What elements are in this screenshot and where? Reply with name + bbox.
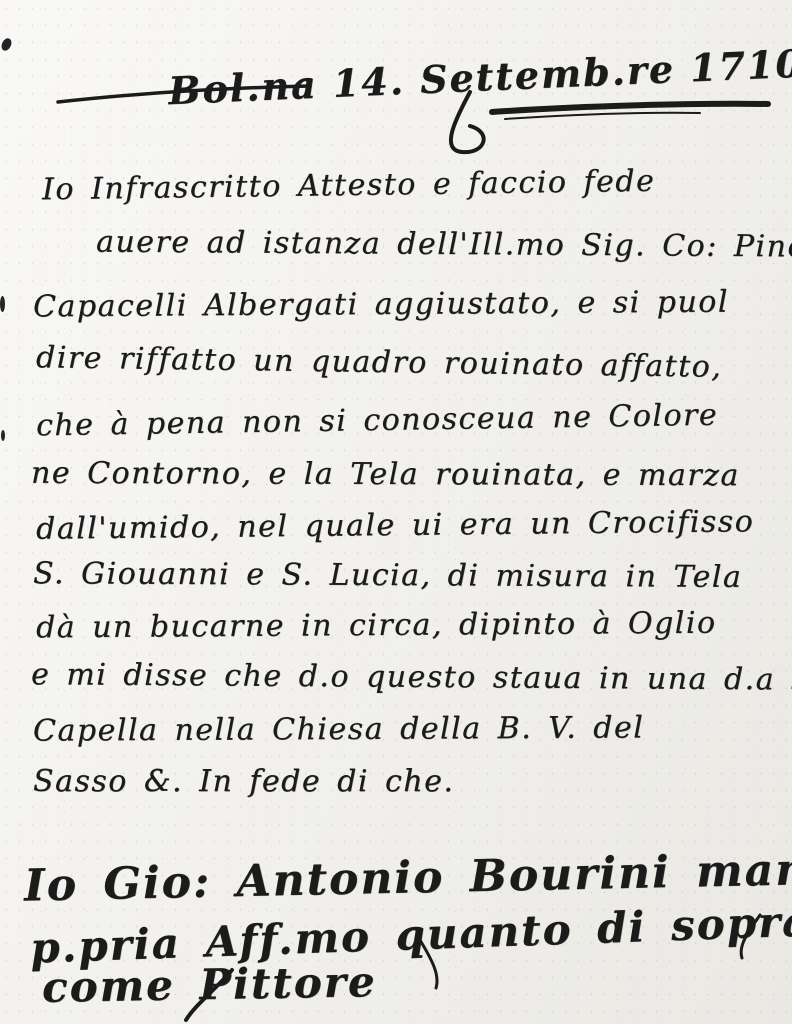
scan-speck bbox=[0, 296, 5, 312]
manuscript-line: dire riffatto un quadro rouinato affatto… bbox=[36, 340, 723, 385]
manuscript-line: Capacelli Albergati aggiustato, e si puo… bbox=[33, 285, 729, 325]
dateline: Bol.na 14. Settemb.re 1710. bbox=[167, 40, 792, 113]
manuscript-line: Sasso &. In fede di che. bbox=[33, 764, 454, 799]
manuscript-line: ne Contorno, e la Tela rouinata, e marza bbox=[31, 456, 740, 493]
manuscript-line: dall'umido, nel quale ui era un Crocifis… bbox=[36, 504, 755, 547]
manuscript-page: Bol.na 14. Settemb.re 1710. Io Infrascri… bbox=[0, 0, 792, 1024]
manuscript-line: S. Giouanni e S. Lucia, di misura in Tel… bbox=[33, 556, 743, 595]
manuscript-line: e mi disse che d.o questo staua in una d… bbox=[31, 657, 792, 698]
header-descender-loop bbox=[451, 92, 484, 152]
manuscript-line: che à pena non si conosceua ne Colore bbox=[36, 398, 719, 444]
manuscript-line: auere ad istanza dell'Ill.mo Sig. Co: Pi… bbox=[96, 225, 792, 265]
manuscript-line: Capella nella Chiesa della B. V. del bbox=[33, 710, 644, 748]
signature-line: come Pittore bbox=[42, 957, 377, 1012]
manuscript-line: dà un bucarne in circa, dipinto à Oglio bbox=[36, 606, 717, 646]
scan-speck bbox=[0, 37, 13, 53]
manuscript-line: Io Infrascritto Attesto e faccio fede bbox=[42, 164, 656, 208]
scan-speck bbox=[1, 430, 5, 441]
date-underline bbox=[492, 104, 768, 112]
date-underline-thin bbox=[505, 113, 700, 119]
